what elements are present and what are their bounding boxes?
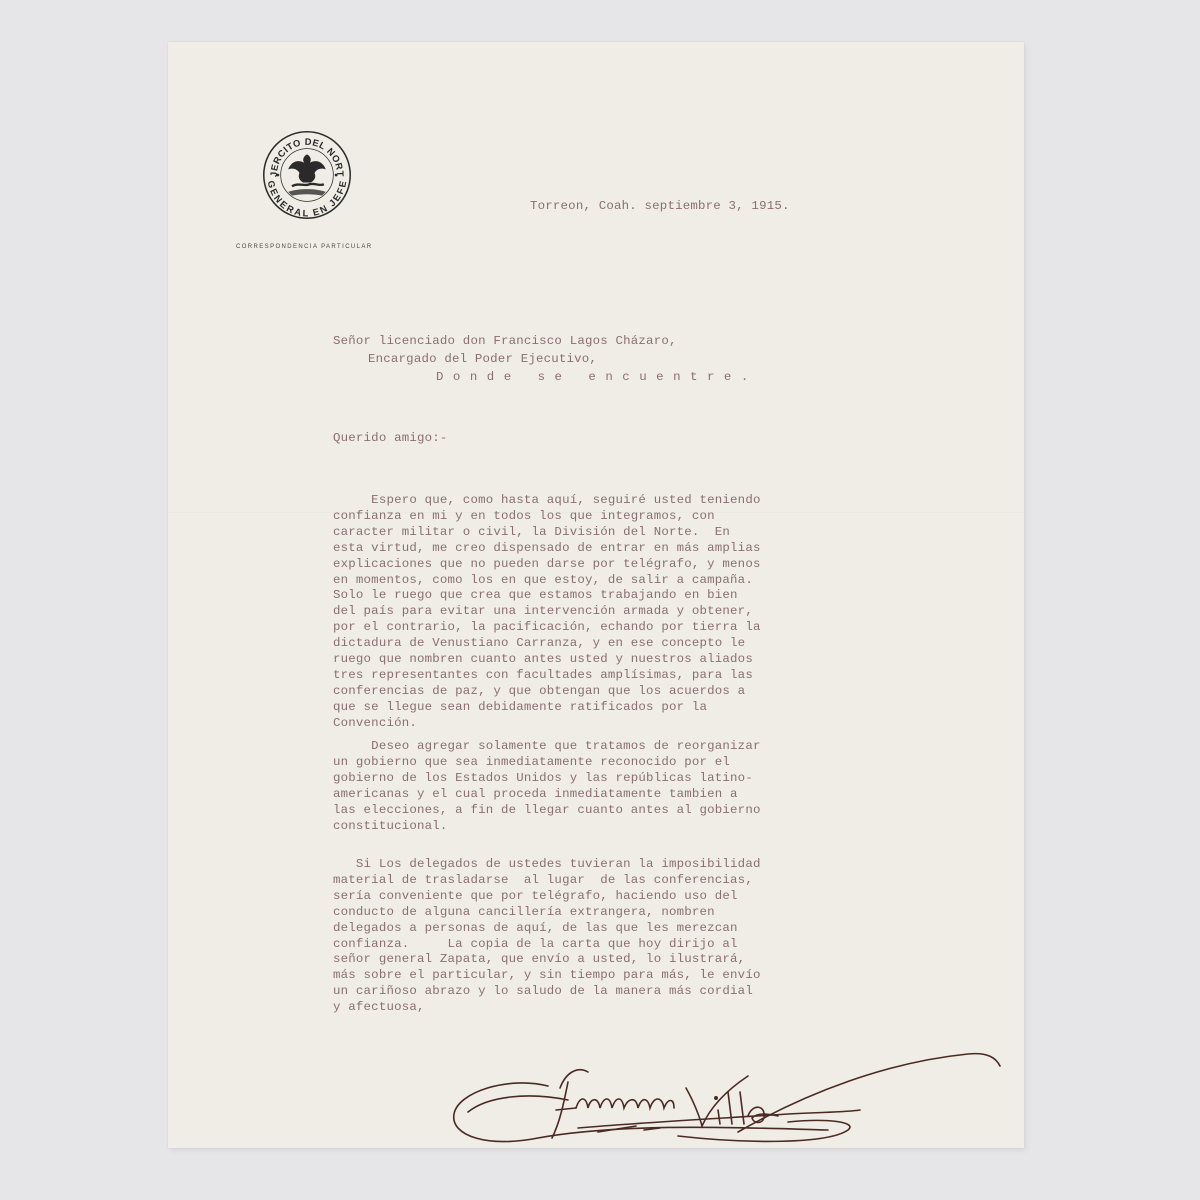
paragraph-line: del país para evitar una intervención ar… [333, 604, 761, 620]
recipient-line-3: Donde se encuentre. [436, 370, 758, 386]
paragraph-line: en momentos, como los en que estoy, de s… [333, 573, 761, 589]
recipient-line-2: Encargado del Poder Ejecutivo, [368, 352, 597, 368]
paragraph-line: dictadura de Venustiano Carranza, y en e… [333, 636, 761, 652]
salutation: Querido amigo:- [333, 431, 448, 447]
paragraph-line: sería conveniente que por telégrafo, hac… [333, 889, 761, 905]
paragraph-line: caracter militar o civil, la División de… [333, 525, 761, 541]
letter-paper: EJERCITO DEL NORTE GENERAL EN JEFE CORRE… [168, 42, 1024, 1148]
letter-date: Torreon, Coah. septiembre 3, 1915. [530, 199, 790, 215]
paragraph-3: Si Los delegados de ustedes tuvieran la … [333, 857, 761, 1016]
letterhead-caption: CORRESPONDENCIA PARTICULAR [236, 244, 373, 250]
paragraph-line: Deseo agregar solamente que tratamos de … [333, 739, 761, 755]
paragraph-line: delegados a personas de aquí, de las que… [333, 921, 761, 937]
paragraph-line: confianza. La copia de la carta que hoy … [333, 937, 761, 953]
recipient-line-1: Señor licenciado don Francisco Lagos Chá… [333, 334, 677, 350]
paragraph-line: explicaciones que no pueden darse por te… [333, 557, 761, 573]
paragraph-line: más sobre el particular, y sin tiempo pa… [333, 968, 761, 984]
paragraph-line: material de trasladarse al lugar de las … [333, 873, 761, 889]
paragraph-line: constitucional. [333, 819, 761, 835]
paragraph-line: ruego que nombren cuanto antes usted y n… [333, 652, 761, 668]
paragraph-line: conferencias de paz, y que obtengan que … [333, 684, 761, 700]
paragraph-line: confianza en mi y en todos los que integ… [333, 509, 761, 525]
eagle-seal-icon: EJERCITO DEL NORTE GENERAL EN JEFE [260, 128, 354, 222]
paragraph-line: tres representantes con facultades amplí… [333, 668, 761, 684]
paragraph-line: esta virtud, me creo dispensado de entra… [333, 541, 761, 557]
paragraph-line: un gobierno que sea inmediatamente recon… [333, 755, 761, 771]
paragraph-line: gobierno de los Estados Unidos y las rep… [333, 771, 761, 787]
paragraph-2: Deseo agregar solamente que tratamos de … [333, 739, 761, 834]
paragraph-1: Espero que, como hasta aquí, seguiré ust… [333, 493, 761, 732]
signature: Francisco Villa [448, 1052, 1008, 1162]
paragraph-line: las elecciones, a fin de llegar cuanto a… [333, 803, 761, 819]
paragraph-line: señor general Zapata, que envío a usted,… [333, 952, 761, 968]
paragraph-line: un cariñoso abrazo y lo saludo de la man… [333, 984, 761, 1000]
paragraph-line: Si Los delegados de ustedes tuvieran la … [333, 857, 761, 873]
paragraph-line: por el contrario, la pacificación, echan… [333, 620, 761, 636]
paragraph-line: Solo le ruego que crea que estamos traba… [333, 588, 761, 604]
paragraph-line: americanas y el cual proceda inmediatame… [333, 787, 761, 803]
paragraph-line: y afectuosa, [333, 1000, 761, 1016]
paragraph-line: Espero que, como hasta aquí, seguiré ust… [333, 493, 761, 509]
paragraph-line: conducto de alguna cancillería extranger… [333, 905, 761, 921]
paragraph-line: Convención. [333, 716, 761, 732]
paragraph-line: que se llegue sean debidamente ratificad… [333, 700, 761, 716]
